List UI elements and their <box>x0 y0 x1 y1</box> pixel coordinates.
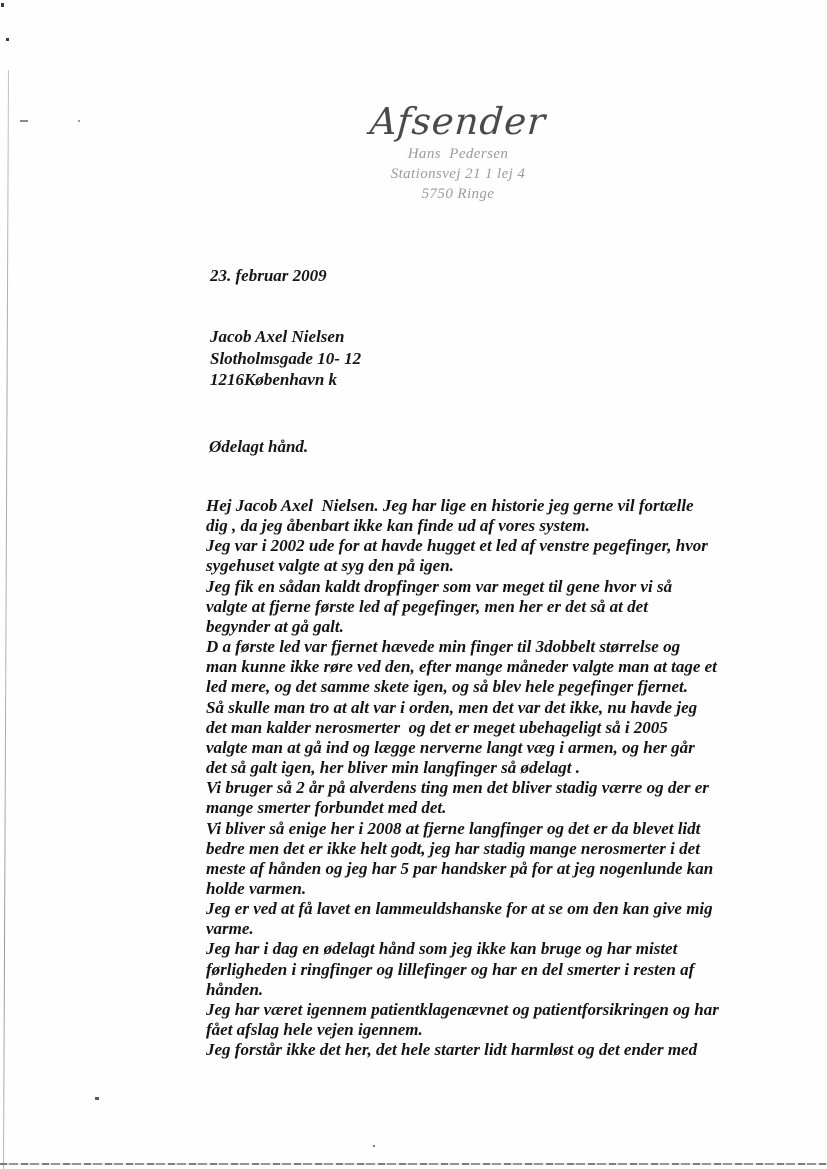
body-line: Jeg var i 2002 ude for at havde hugget e… <box>206 536 806 556</box>
body-line: Jeg fik en sådan kaldt dropfinger som va… <box>206 577 806 597</box>
sender-street: Stationsvej 21 1 lej 4 <box>308 164 608 184</box>
body-line: sygehuset valgte at syg den på igen. <box>206 556 806 576</box>
letter-body: Hej Jacob Axel Nielsen. Jeg har lige en … <box>206 496 806 1060</box>
scan-speck <box>1 3 4 7</box>
body-line: Jeg har i dag en ødelagt hånd som jeg ik… <box>206 939 806 959</box>
scan-speck <box>373 1145 375 1147</box>
scan-speck <box>78 120 80 122</box>
scan-artifact-bottom-line <box>0 1163 827 1165</box>
body-line: valgte at fjerne første led af pegefinge… <box>206 597 806 617</box>
body-line: man kunne ikke røre ved den, efter mange… <box>206 657 806 677</box>
body-line: Hej Jacob Axel Nielsen. Jeg har lige en … <box>206 496 806 516</box>
sender-letterhead: Afsender Hans Pedersen Stationsvej 21 1 … <box>308 100 608 204</box>
body-line: D a første led var fjernet hævede min fi… <box>206 637 806 657</box>
body-line: Så skulle man tro at alt var i orden, me… <box>206 698 806 718</box>
body-line: førligheden i ringfinger og lillefinger … <box>206 960 806 980</box>
recipient-street: Slotholmsgade 10- 12 <box>210 348 361 370</box>
recipient-address: Jacob Axel Nielsen Slotholmsgade 10- 12 … <box>210 326 361 391</box>
body-line: Vi bruger så 2 år på alverdens ting men … <box>206 778 806 798</box>
body-line: fået afslag hele vejen igennem. <box>206 1020 806 1040</box>
body-line: Vi bliver så enige her i 2008 at fjerne … <box>206 819 806 839</box>
recipient-name: Jacob Axel Nielsen <box>210 326 361 348</box>
body-line: det så galt igen, her bliver min langfin… <box>206 758 806 778</box>
body-line: begynder at gå galt. <box>206 617 806 637</box>
scan-speck <box>95 1097 99 1100</box>
scan-speck <box>6 38 9 41</box>
body-line: valgte man at gå ind og lægge nerverne l… <box>206 738 806 758</box>
body-line: Jeg er ved at få lavet en lammeuldshansk… <box>206 899 806 919</box>
body-line: meste af hånden og jeg har 5 par handske… <box>206 859 806 879</box>
scanned-letter-page: Afsender Hans Pedersen Stationsvej 21 1 … <box>0 0 827 1169</box>
sender-script-title: Afsender <box>306 100 609 144</box>
body-line: Jeg forstår ikke det her, det hele start… <box>206 1040 806 1060</box>
sender-name: Hans Pedersen <box>308 144 608 164</box>
sender-city: 5750 Ringe <box>308 184 608 204</box>
body-line: dig , da jeg åbenbart ikke kan finde ud … <box>206 516 806 536</box>
scan-artifact-vertical-line <box>3 70 9 1169</box>
body-line: Jeg har været igennem patientklagenævnet… <box>206 1000 806 1020</box>
body-line: mange smerter forbundet med det. <box>206 798 806 818</box>
letter-date: 23. februar 2009 <box>210 266 327 286</box>
body-line: bedre men det er ikke helt godt, jeg har… <box>206 839 806 859</box>
scan-speck <box>20 120 28 122</box>
body-line: varme. <box>206 919 806 939</box>
body-line: det man kalder nerosmerter og det er meg… <box>206 718 806 738</box>
subject-line: Ødelagt hånd. <box>209 437 308 457</box>
body-line: led mere, og det samme skete igen, og så… <box>206 677 806 697</box>
recipient-city: 1216København k <box>210 369 361 391</box>
body-line: hånden. <box>206 980 806 1000</box>
body-line: holde varmen. <box>206 879 806 899</box>
